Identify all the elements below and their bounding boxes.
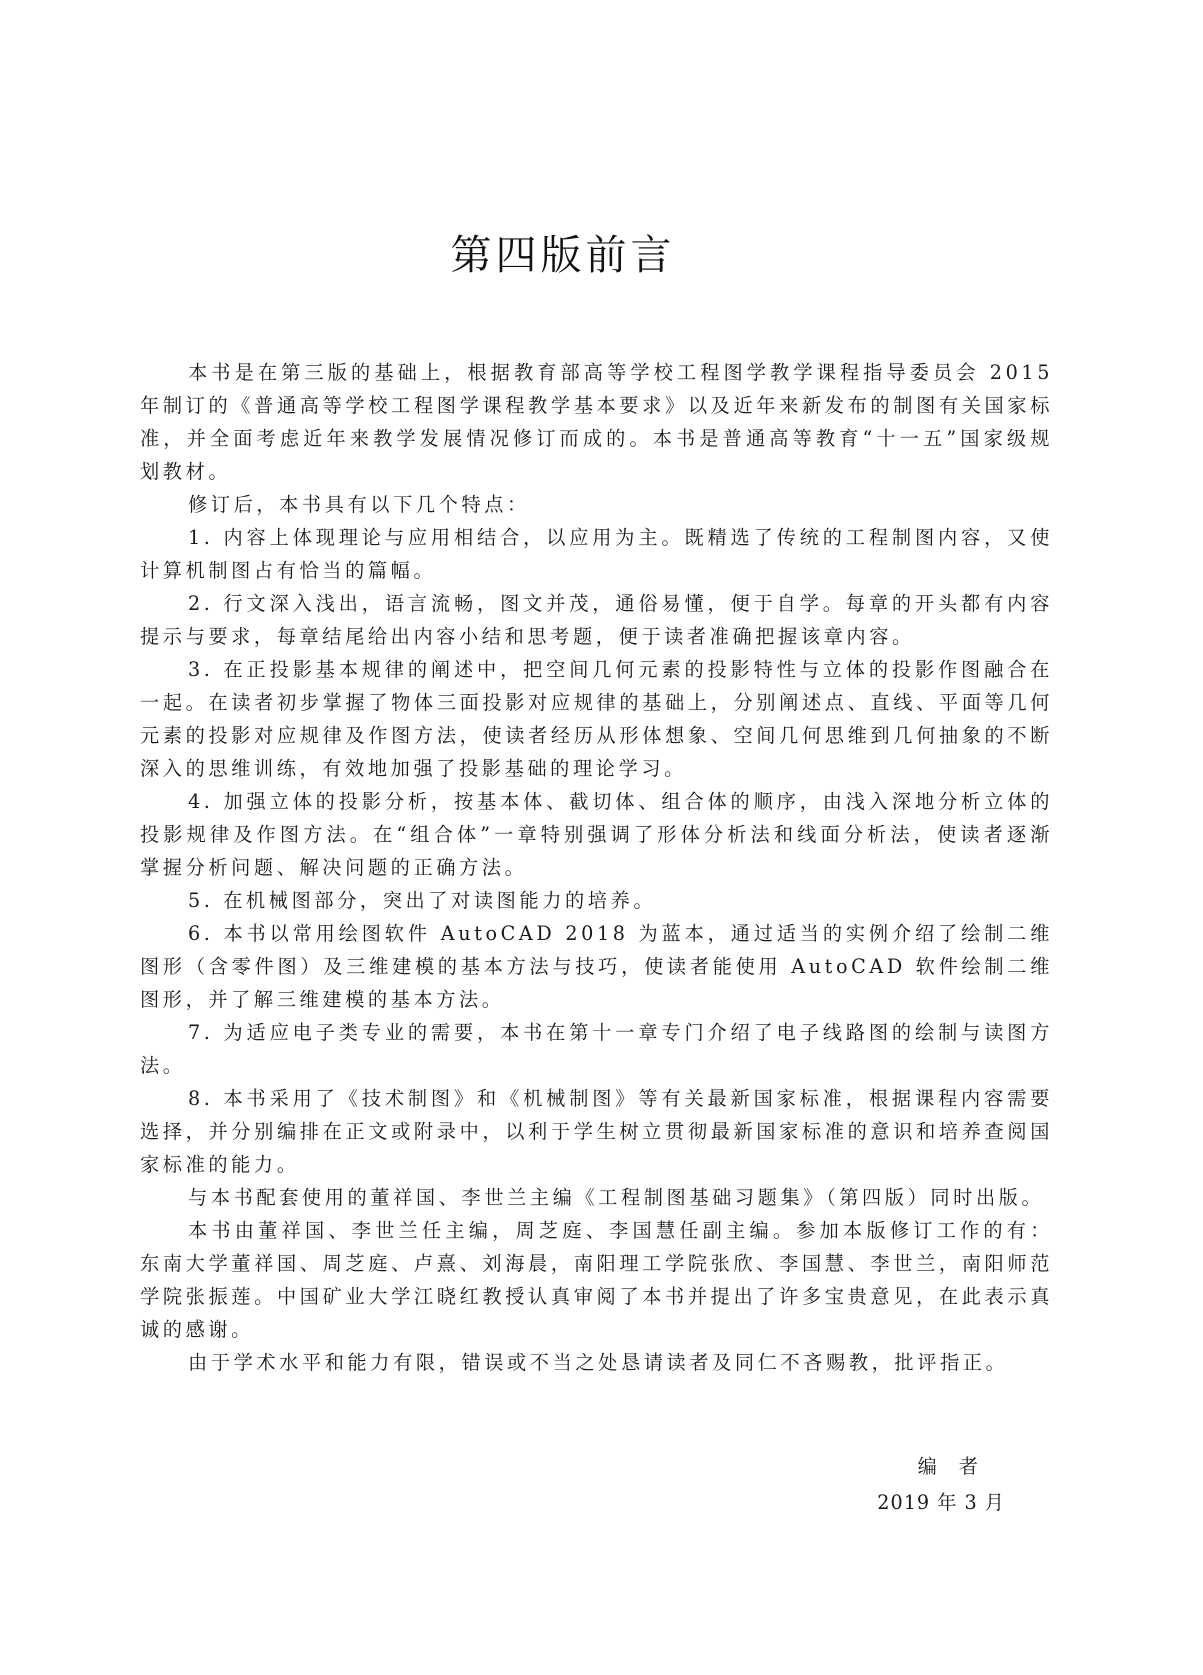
paragraph-features-lead: 修订后，本书具有以下几个特点： (140, 488, 1053, 521)
paragraph-feature-4: 4. 加强立体的投影分析，按基本体、截切体、组合体的顺序，由浅入深地分析立体的投… (140, 785, 1053, 884)
paragraph-companion-book: 与本书配套使用的董祥国、李世兰主编《工程制图基础习题集》（第四版）同时出版。 (140, 1181, 1053, 1214)
paragraph-feature-8: 8. 本书采用了《技术制图》和《机械制图》等有关最新国家标准，根据课程内容需要选… (140, 1082, 1053, 1181)
paragraph-feature-6: 6. 本书以常用绘图软件 AutoCAD 2018 为蓝本，通过适当的实例介绍了… (140, 917, 1053, 1016)
signature-author: 编者 (918, 1452, 1000, 1479)
paragraph-feature-5: 5. 在机械图部分，突出了对读图能力的培养。 (140, 884, 1053, 917)
paragraph-closing: 由于学术水平和能力有限，错误或不当之处恳请读者及同仁不吝赐教，批评指正。 (140, 1346, 1053, 1379)
paragraph-feature-2: 2. 行文深入浅出，语言流畅，图文并茂，通俗易懂，便于自学。每章的开头都有内容提… (140, 587, 1053, 653)
paragraph-feature-3: 3. 在正投影基本规律的阐述中，把空间几何元素的投影特性与立体的投影作图融合在一… (140, 653, 1053, 785)
paragraph-intro: 本书是在第三版的基础上，根据教育部高等学校工程图学教学课程指导委员会 2015 … (140, 356, 1053, 488)
signature-date: 2019 年 3 月 (877, 1488, 1005, 1515)
document-page: 第四版前言 本书是在第三版的基础上，根据教育部高等学校工程图学教学课程指导委员会… (0, 0, 1203, 1675)
paragraph-feature-1: 1. 内容上体现理论与应用相结合，以应用为主。既精选了传统的工程制图内容，又使计… (140, 521, 1053, 587)
paragraph-editors: 本书由董祥国、李世兰任主编，周芝庭、李国慧任副主编。参加本版修订工作的有：东南大… (140, 1214, 1053, 1346)
paragraph-feature-7: 7. 为适应电子类专业的需要，本书在第十一章专门介绍了电子线路图的绘制与读图方法… (140, 1016, 1053, 1082)
page-title: 第四版前言 (0, 222, 1126, 281)
preface-body: 本书是在第三版的基础上，根据教育部高等学校工程图学教学课程指导委员会 2015 … (140, 356, 1053, 1379)
